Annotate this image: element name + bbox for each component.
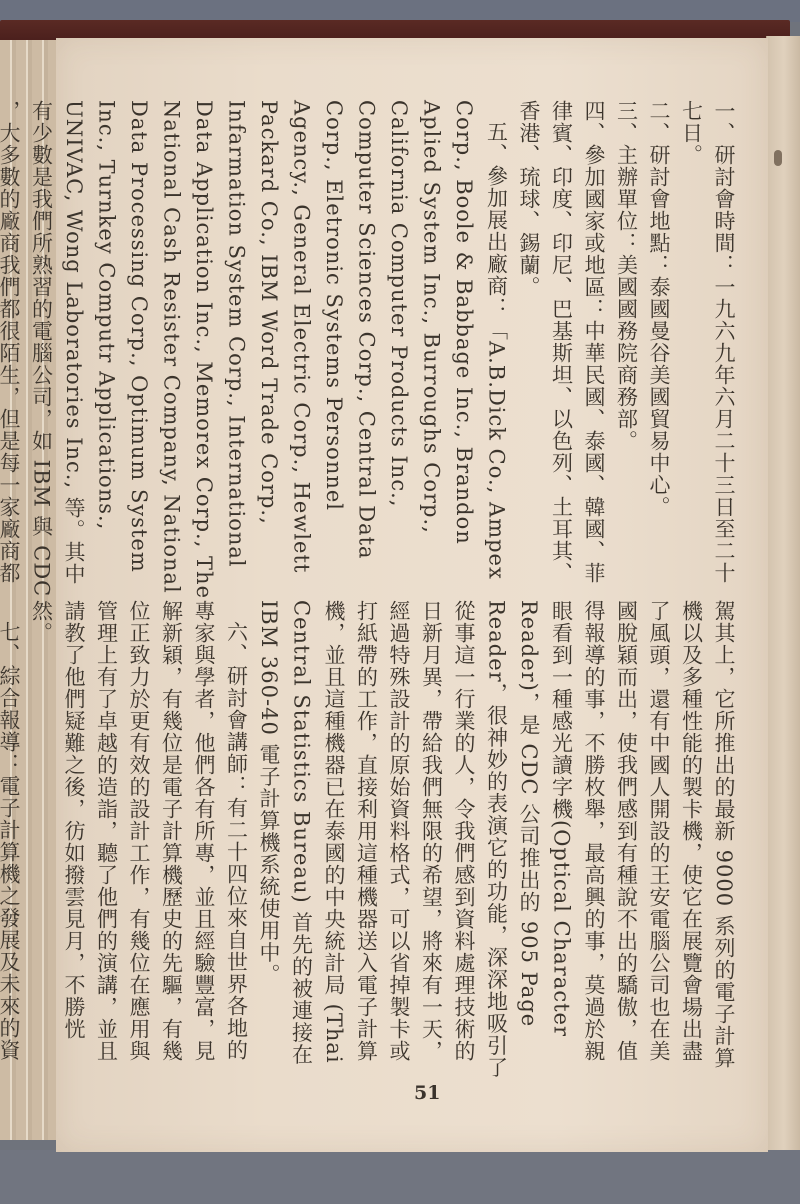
lower-text-block: 駕其上，它所推出的最新 9000 系列的電子計算機以及多種性能的製卡機，使它在展… <box>0 600 740 1080</box>
item-participating-countries: 四、參加國家或地區：中華民國、泰國、韓國、菲律賓、印度、印尼、巴基斯坦、以色列、… <box>513 100 611 600</box>
item-meeting-location: 二、研討會地點：泰國曼谷美國貿易中心。 <box>643 100 676 600</box>
upper-text-block: 一、研討會時間：一九六九年六月二十三日至二十七日。 二、研討會地點：泰國曼谷美國… <box>0 100 740 600</box>
item-summary: 七、綜合報導：電子計算機之發展及未來的資料處理形態： <box>0 600 25 1080</box>
item-meeting-time: 一、研討會時間：一九六九年六月二十三日至二十七日。 <box>675 100 740 600</box>
binding-mark <box>774 150 782 166</box>
background-top <box>0 0 800 22</box>
page-number: 51 <box>414 1082 440 1104</box>
item-organizer: 三、主辦單位：美國國務院商務部。 <box>610 100 643 600</box>
background-bottom <box>0 1150 800 1204</box>
paragraph-continuation: 駕其上，它所推出的最新 9000 系列的電子計算機以及多種性能的製卡機，使它在展… <box>253 600 741 1080</box>
item-exhibitors: 五、參加展出廠商：「A.B.Dick Co., Ampex Corp., Boo… <box>0 100 513 600</box>
item-lecturers: 六、研討會講師：有二十四位來自世界各地的專家與學者，他們各有所專，並且經驗豐富，… <box>25 600 253 1080</box>
page-stack-right <box>766 36 800 1166</box>
